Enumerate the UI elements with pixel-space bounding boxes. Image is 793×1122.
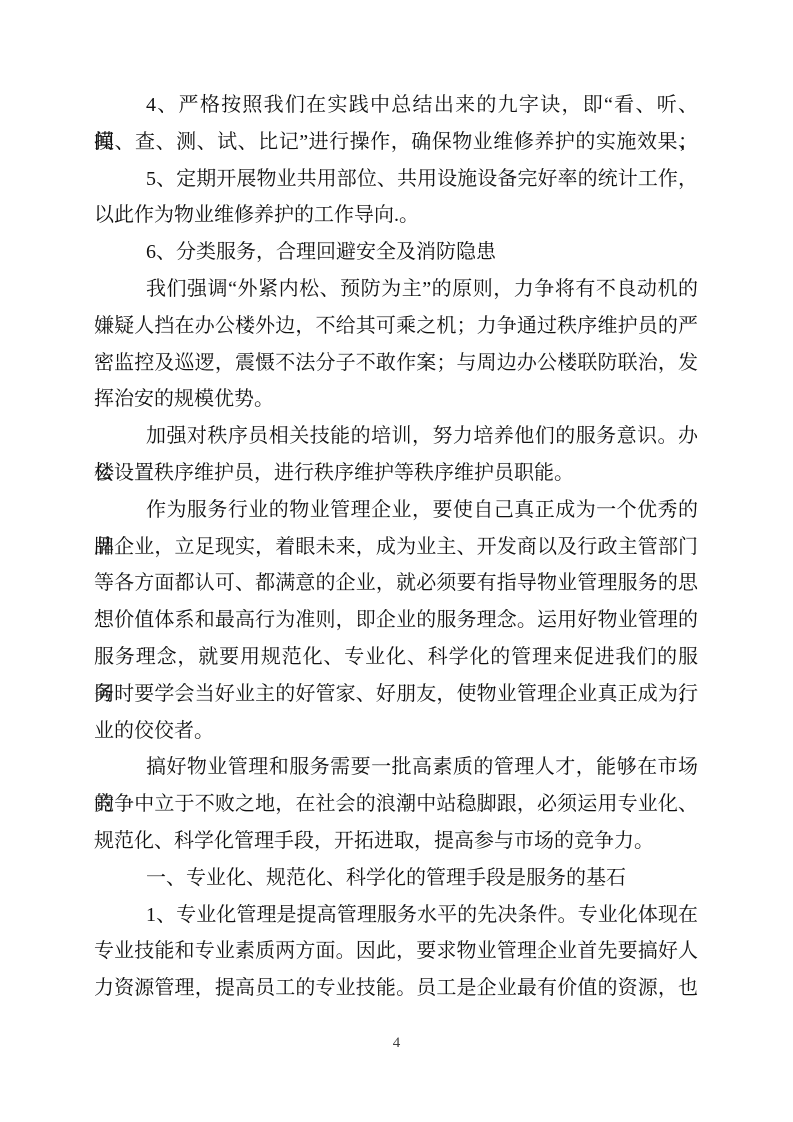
text-line: 嫌疑人挡在办公楼外边，不给其可乘之机；力争通过秩序维护员的严 (94, 308, 698, 345)
text-line: 牌企业，立足现实，着眼未来，成为业主、开发商以及行政主管部门 (94, 529, 698, 566)
paragraph: 4、严格按照我们在实践中总结出来的九字诀，即“看、听、闻、摸、查、测、试、比记”… (94, 87, 698, 161)
text-line: 加强对秩序员相关技能的培训，努力培养他们的服务意识。办公 (94, 418, 698, 455)
paragraph: 1、专业化管理是提高管理服务水平的先决条件。专业化体现在专业技能和专业素质两方面… (94, 897, 698, 1007)
text-line: 搞好物业管理和服务需要一批高素质的管理人才，能够在市场的 (94, 749, 698, 786)
paragraph: 6、分类服务，合理回避安全及消防隐患 (94, 234, 698, 271)
text-line: 同时要学会当好业主的好管家、好朋友，使物业管理企业真正成为行 (94, 676, 698, 713)
text-line: 想价值体系和最高行为准则，即企业的服务理念。运用好物业管理的 (94, 602, 698, 639)
text-line: 6、分类服务，合理回避安全及消防隐患 (94, 234, 698, 271)
text-line: 一、专业化、规范化、科学化的管理手段是服务的基石 (94, 860, 698, 897)
text-line: 挥治安的规模优势。 (94, 381, 698, 418)
text-line: 楼设置秩序维护员，进行秩序维护等秩序维护员职能。 (94, 455, 698, 492)
page-footer: 4 (0, 1034, 793, 1052)
text-line: 力资源管理，提高员工的专业技能。员工是企业最有价值的资源，也 (94, 970, 698, 1007)
text-line: 以此作为物业维修养护的工作导向.。 (94, 197, 698, 234)
paragraph: 5、定期开展物业共用部位、共用设施设备完好率的统计工作，以此作为物业维修养护的工… (94, 161, 698, 235)
paragraph: 我们强调“外紧内松、预防为主”的原则，力争将有不良动机的嫌疑人挡在办公楼外边，不… (94, 271, 698, 418)
text-line: 服务理念，就要用规范化、专业化、科学化的管理来促进我们的服务， (94, 639, 698, 676)
text-line: 专业技能和专业素质两方面。因此，要求物业管理企业首先要搞好人 (94, 933, 698, 970)
text-line: 1、专业化管理是提高管理服务水平的先决条件。专业化体现在 (94, 897, 698, 934)
page-number: 4 (393, 1035, 401, 1051)
text-line: 我们强调“外紧内松、预防为主”的原则，力争将有不良动机的 (94, 271, 698, 308)
paragraph: 加强对秩序员相关技能的培训，努力培养他们的服务意识。办公楼设置秩序维护员，进行秩… (94, 418, 698, 492)
text-line: 摸、查、测、试、比记”进行操作，确保物业维修养护的实施效果； (94, 124, 698, 161)
text-line: 作为服务行业的物业管理企业，要使自己真正成为一个优秀的品 (94, 492, 698, 529)
text-line: 4、严格按照我们在实践中总结出来的九字诀，即“看、听、闻、 (94, 87, 698, 124)
paragraph: 一、专业化、规范化、科学化的管理手段是服务的基石 (94, 860, 698, 897)
text-line: 规范化、科学化管理手段，开拓进取，提高参与市场的竞争力。 (94, 823, 698, 860)
paragraph: 搞好物业管理和服务需要一批高素质的管理人才，能够在市场的竞争中立于不败之地，在社… (94, 749, 698, 859)
text-line: 密监控及巡逻，震慑不法分子不敢作案；与周边办公楼联防联治，发 (94, 345, 698, 382)
text-line: 业的佼佼者。 (94, 713, 698, 750)
paragraph: 作为服务行业的物业管理企业，要使自己真正成为一个优秀的品牌企业，立足现实，着眼未… (94, 492, 698, 750)
text-line: 竞争中立于不败之地，在社会的浪潮中站稳脚跟，必须运用专业化、 (94, 786, 698, 823)
document-body: 4、严格按照我们在实践中总结出来的九字诀，即“看、听、闻、摸、查、测、试、比记”… (94, 87, 698, 1007)
text-line: 等各方面都认可、都满意的企业，就必须要有指导物业管理服务的思 (94, 565, 698, 602)
text-line: 5、定期开展物业共用部位、共用设施设备完好率的统计工作， (94, 161, 698, 198)
document-page: 4、严格按照我们在实践中总结出来的九字诀，即“看、听、闻、摸、查、测、试、比记”… (0, 0, 793, 1122)
